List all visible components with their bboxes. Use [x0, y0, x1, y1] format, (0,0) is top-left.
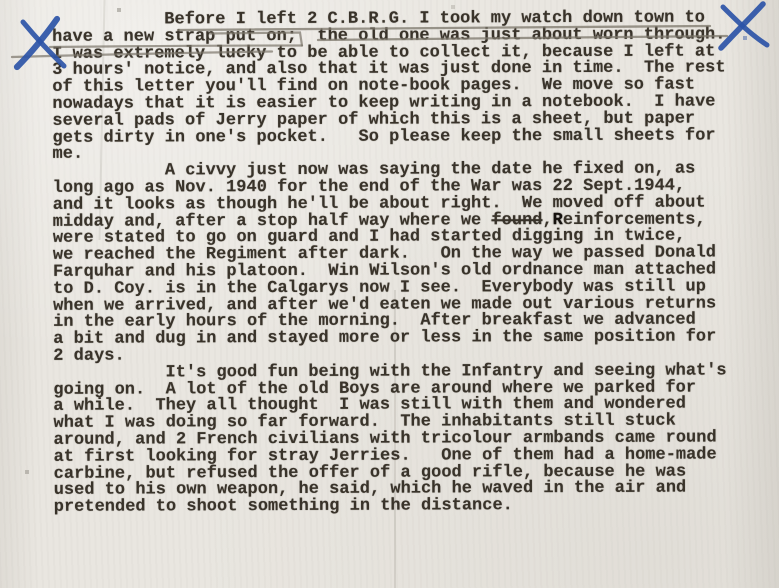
- scanned-letter-page: Before I left 2 C.B.R.G. I took my watch…: [0, 0, 779, 588]
- letter-text: Before I left 2 C.B.R.G. I took my watch…: [0, 0, 779, 517]
- letter-line: pretended to shoot something in the dist…: [54, 497, 779, 516]
- letter-line: a bit and dug in and stayed more or less…: [53, 329, 779, 348]
- letter-line: gets dirty in one's pocket. So please ke…: [52, 128, 779, 147]
